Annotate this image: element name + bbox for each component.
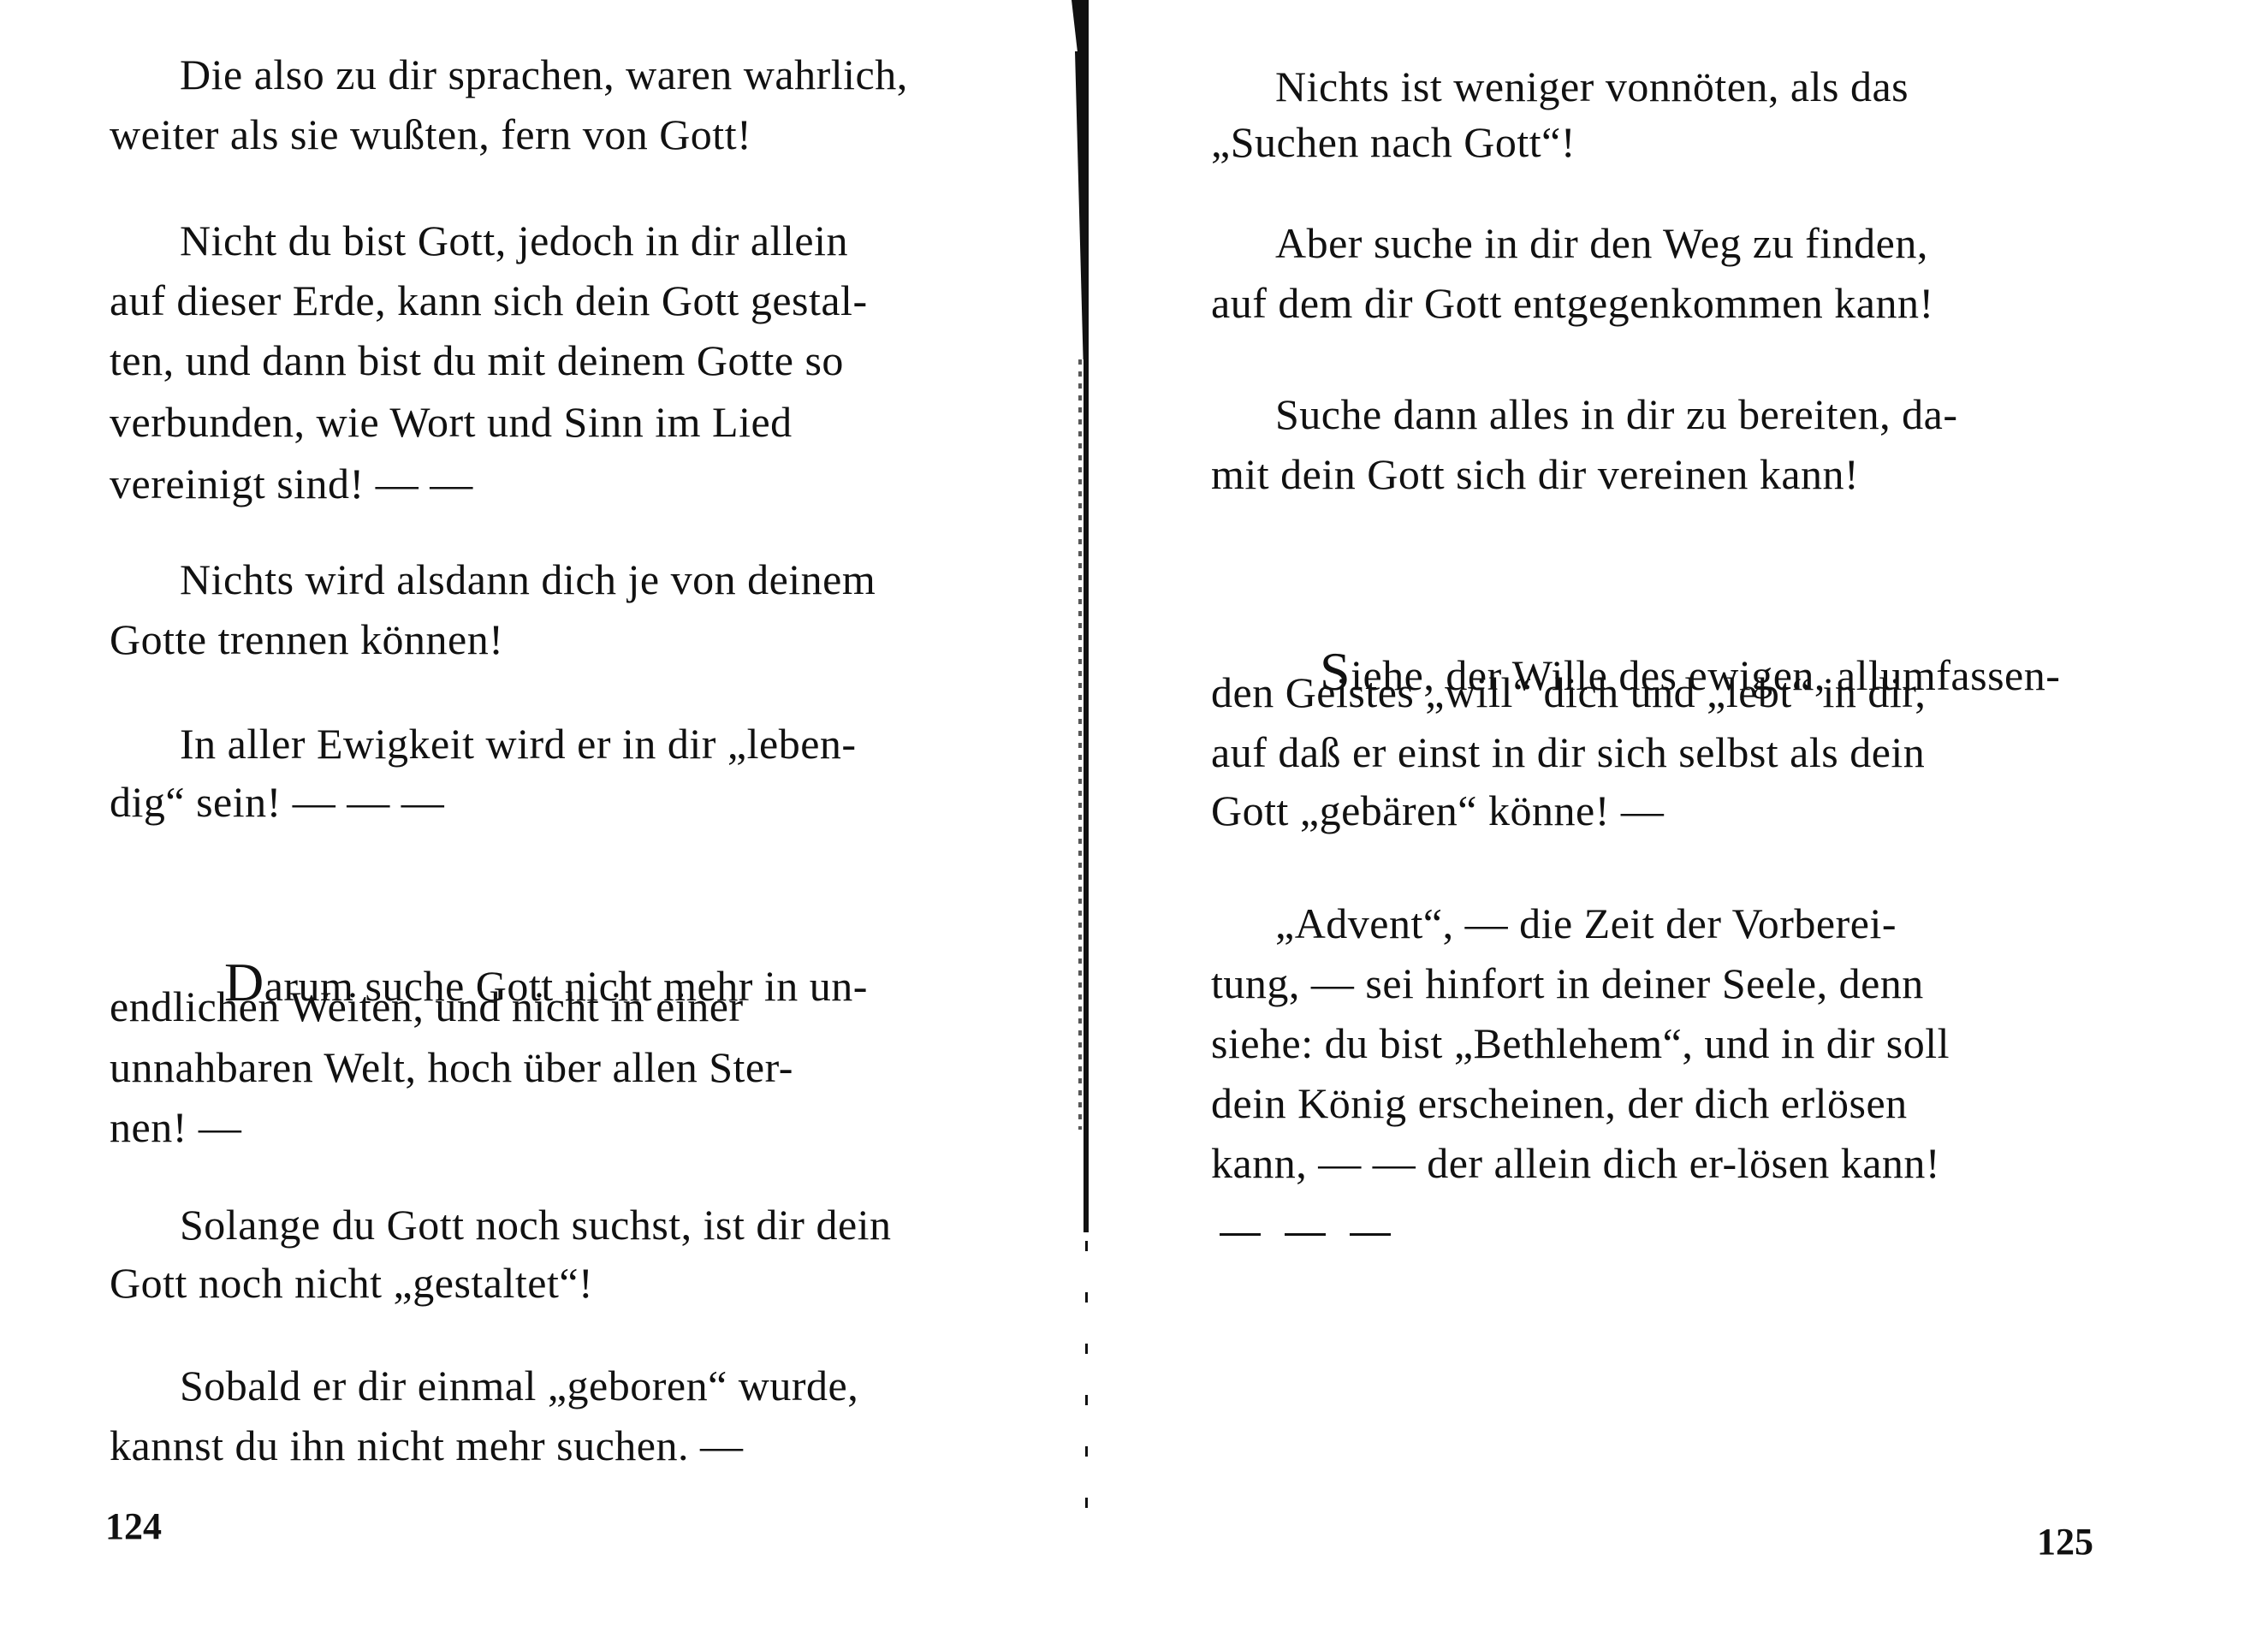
text-line: Nichts ist weniger vonnöten, als das (1275, 65, 1909, 108)
page-number: 124 (105, 1508, 162, 1546)
text-line: unnahbaren Welt, hoch über allen Ster- (110, 1046, 793, 1089)
text-line: Gott „gebären“ könne! — (1211, 789, 1664, 832)
text-line: siehe: du bist „Bethlehem“, und in dir s… (1211, 1022, 1950, 1065)
page-number: 125 (2037, 1523, 2093, 1561)
text-line: „Advent“, — die Zeit der Vorberei- (1275, 902, 1897, 945)
text-line: tung, — sei hinfort in deiner Seele, den… (1211, 962, 1924, 1005)
text-line: Gotte trennen können! (110, 618, 503, 661)
text-line: vereinigt sind! — — (110, 462, 473, 505)
text-line: Solange du Gott noch suchst, ist dir dei… (180, 1203, 892, 1246)
text-line: dein König erscheinen, der dich erlösen (1211, 1082, 1908, 1125)
text-line: Nichts wird alsdann dich je von deinem (180, 558, 876, 601)
text-line: Sobald er dir einmal „geboren“ wurde, (180, 1364, 858, 1407)
text-line: Die also zu dir sprachen, waren wahrlich… (180, 53, 976, 96)
trailing-dashes (1220, 1233, 1391, 1236)
text-line: auf daß er einst in dir sich selbst als … (1211, 731, 1925, 774)
text-line: dig“ sein! — — — (110, 780, 444, 823)
text-line: kannst du ihn nicht mehr suchen. — (110, 1424, 744, 1467)
text-line: Nicht du bist Gott, jedoch in dir allein (180, 219, 848, 262)
left-page: Die also zu dir sprachen, waren wahrlich… (0, 0, 1070, 1626)
gutter-line (1084, 51, 1089, 1232)
text-line: weiter als sie wußten, fern von Gott! (110, 113, 751, 156)
book-spine-gutter (1072, 0, 1090, 1626)
dash (1350, 1233, 1391, 1236)
text-line: auf dieser Erde, kann sich dein Gott ges… (110, 279, 868, 322)
gutter-speckle (1078, 359, 1082, 1130)
text-line: nen! — (110, 1106, 241, 1148)
right-page: Nichts ist weniger vonnöten, als das „Su… (1095, 0, 2268, 1626)
dash (1285, 1233, 1326, 1236)
text-line: mit dein Gott sich dir vereinen kann! (1211, 453, 1859, 496)
text-line: auf dem dir Gott entgegenkommen kann! (1211, 282, 1934, 324)
text-line: Aber suche in dir den Weg zu finden, (1275, 222, 1928, 264)
text-line: Suche dann alles in dir zu bereiten, da- (1275, 393, 1958, 436)
text-line: Gott noch nicht „gestaltet“! (110, 1261, 593, 1304)
dash (1220, 1233, 1261, 1236)
text-line: In aller Ewigkeit wird er in dir „leben- (180, 722, 857, 765)
text-line: endlichen Weiten, und nicht in einer (110, 985, 744, 1028)
text-line: ten, und dann bist du mit deinem Gotte s… (110, 339, 844, 382)
text-line: verbunden, wie Wort und Sinn im Lied (110, 401, 793, 443)
text-line: „Suchen nach Gott“! (1211, 121, 1576, 163)
gutter-dots (1085, 1241, 1088, 1549)
text-line: den Geistes „will“ dich und „lebt“ in di… (1211, 671, 1926, 714)
text-line: kann, — — der allein dich er-lösen kann! (1211, 1142, 1940, 1184)
